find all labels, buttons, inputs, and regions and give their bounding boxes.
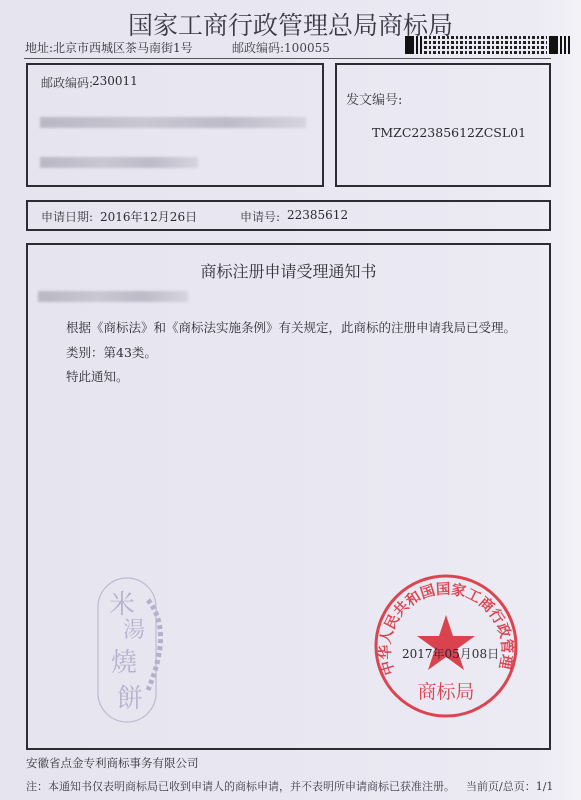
redacted-recipient-name [40,157,198,168]
seal-center-text: 商标局 [417,681,474,703]
application-date-label: 申请日期: [41,208,93,225]
page-indicator: 当前页/总页：1/1 [466,778,553,794]
header-divider [24,58,551,59]
2d-barcode-icon [405,36,570,54]
svg-text:餅: 餅 [117,684,143,714]
svg-text:米: 米 [109,590,135,620]
redacted-addressee [38,291,188,302]
recipient-box: 邮政编码: 230011 [26,63,324,187]
issue-date: 2017年05月08日 [402,645,499,662]
notice-title: 商标注册申请受理通知书 [26,259,551,282]
recipient-postal-label: 邮政编码: [41,74,93,91]
notice-body: 根据《商标法》和《商标法实施条例》有关规定，此商标的注册申请我局已受理。 [66,318,516,336]
trademark-image: 米 湯 燒 餅 [78,575,178,725]
notice-category: 类别：第43类。 [66,343,157,361]
recipient-postal-value: 230011 [92,74,138,88]
document-number-label: 发文编号: [346,89,402,108]
application-number-label: 申请号: [240,208,280,225]
application-number-value: 22385612 [287,208,348,222]
footer-note: 注：本通知书仅表明商标局已收到申请人的商标申请，并不表明所申请商标已获准注册。 [26,778,455,794]
svg-text:湯: 湯 [123,618,145,643]
application-info-box: 申请日期: 2016年12月26日 申请号: 22385612 [26,200,551,231]
redacted-recipient-address [40,117,306,128]
issuer-postal-code: 邮政编码:100055 [232,39,330,56]
notice-closing: 特此通知。 [66,367,129,385]
application-date-value: 2016年12月26日 [100,208,197,225]
document-number-box: 发文编号: TMZC22385612ZCSL01 [335,63,551,187]
issuer-address: 地址:北京市西城区茶马南街1号 [25,39,193,56]
agency-name: 安徽省点金专利商标事务有限公司 [26,755,199,771]
svg-text:燒: 燒 [111,648,137,678]
document-number-value: TMZC22385612ZCSL01 [372,125,526,140]
